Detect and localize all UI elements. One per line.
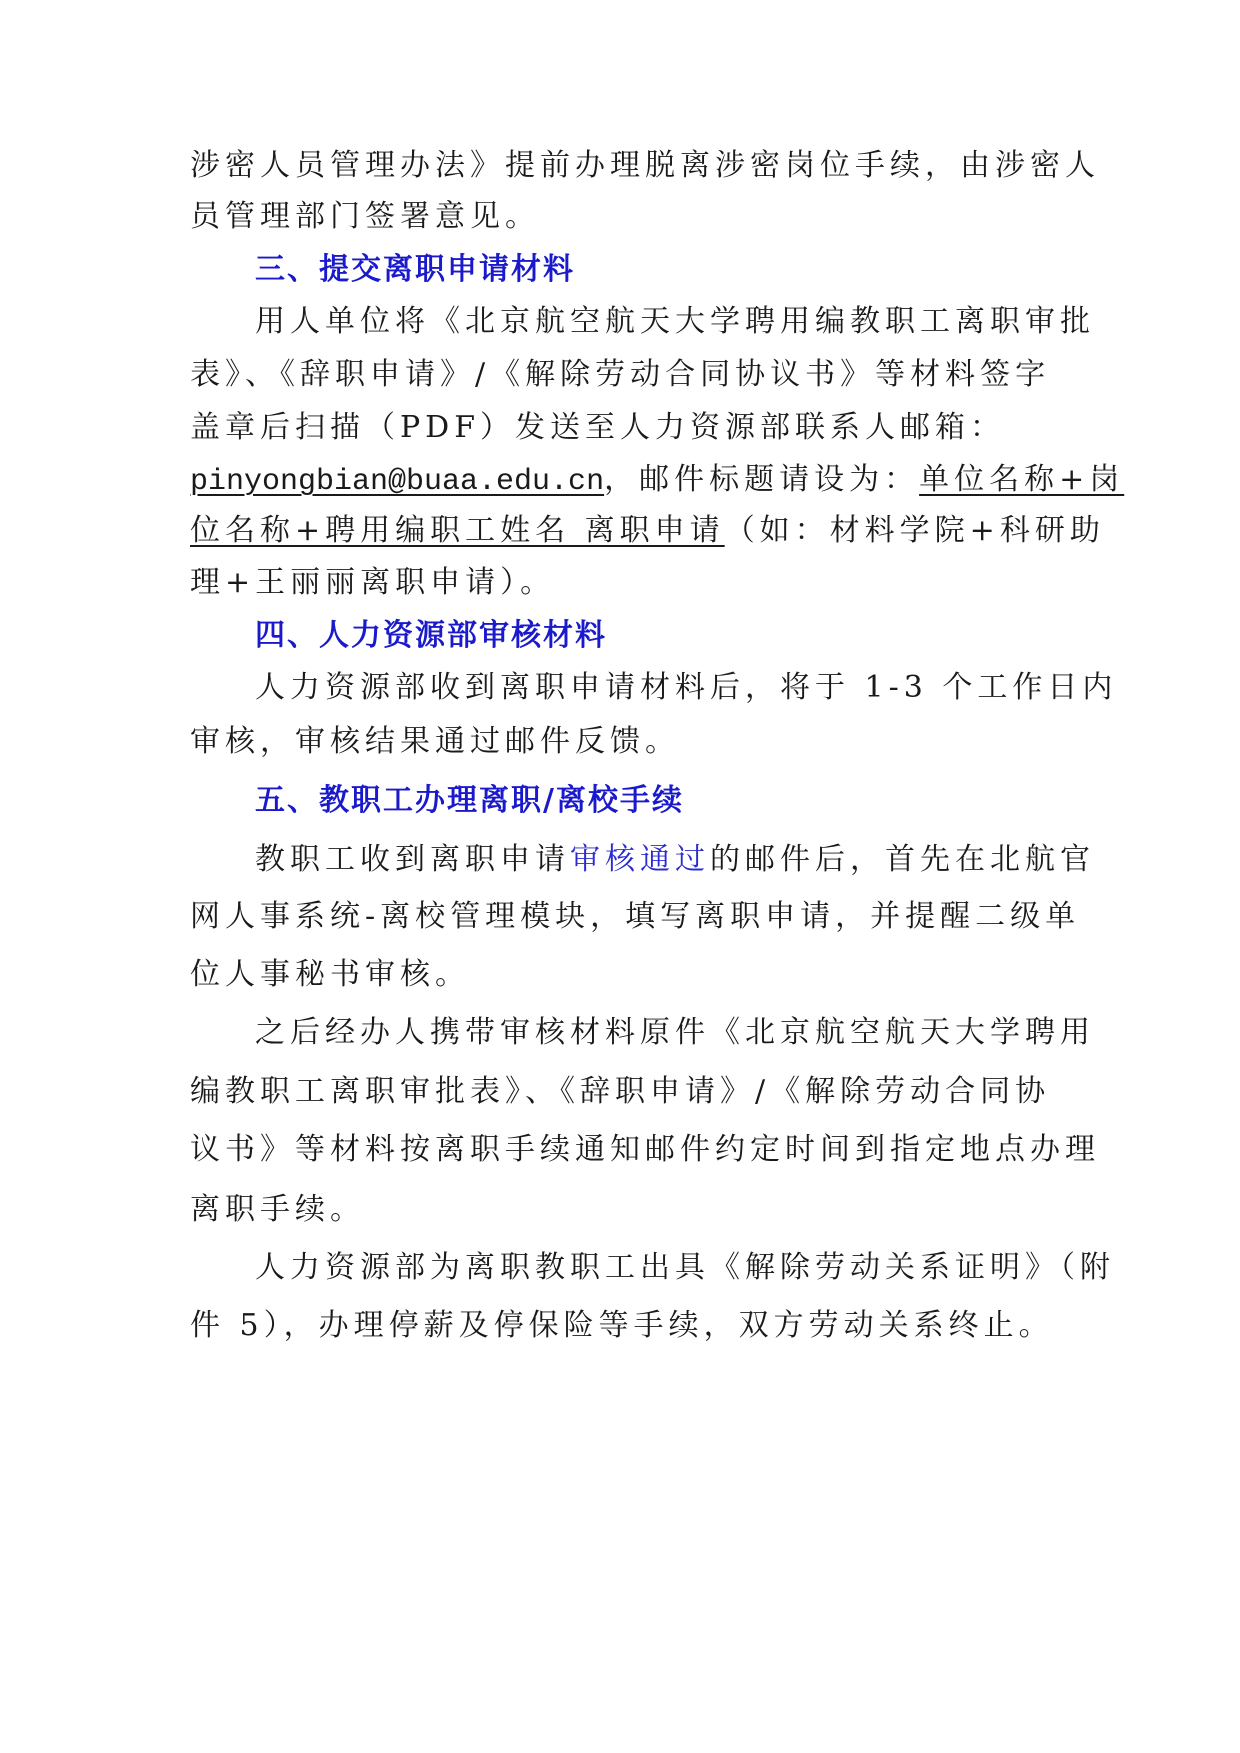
contact-email-link[interactable]: pinyongbian@buaa.edu.cn <box>190 465 604 499</box>
paragraph-line: 表》、《辞职申请》/《解除劳动合同协议书》等材料签字 <box>190 355 1050 395</box>
example-text: （如：材料学院+科研助 <box>725 513 1105 548</box>
section-heading-5: 五、教职工办理离职/离校手续 <box>255 781 684 821</box>
paragraph-line: 议书》等材料按离职手续通知邮件约定时间到指定地点办理 <box>190 1130 1100 1170</box>
paragraph-line: 涉密人员管理办法》提前办理脱离涉密岗位手续，由涉密人 <box>190 146 1100 186</box>
paragraph-line: 位名称+聘用编职工姓名 离职申请（如：材料学院+科研助 <box>190 511 1105 551</box>
paragraph-line: 理+王丽丽离职申请）。 <box>190 563 555 603</box>
paragraph-line: 离职手续。 <box>190 1190 365 1230</box>
paragraph-line: 审核，审核结果通过邮件反馈。 <box>190 722 680 762</box>
paragraph-line: 用人单位将《北京航空航天大学聘用编教职工离职审批 <box>255 302 1095 342</box>
email-subject-label: ，邮件标题请设为： <box>604 462 919 497</box>
email-subject-format: 单位名称+岗 <box>919 462 1124 497</box>
paragraph-line: pinyongbian@buaa.edu.cn，邮件标题请设为：单位名称+岗 <box>190 460 1124 502</box>
paragraph-line: 人力资源部收到离职申请材料后，将于 1-3 个工作日内 <box>255 668 1117 708</box>
paragraph-line: 件 5），办理停薪及停保险等手续，双方劳动关系终止。 <box>190 1306 1054 1346</box>
paragraph-line: 盖章后扫描（PDF）发送至人力资源部联系人邮箱： <box>190 408 1005 448</box>
paragraph-line: 编教职工离职审批表》、《辞职申请》/《解除劳动合同协 <box>190 1072 1050 1112</box>
paragraph-line: 之后经办人携带审核材料原件《北京航空航天大学聘用 <box>255 1013 1095 1053</box>
paragraph-line: 教职工收到离职申请审核通过的邮件后，首先在北航官 <box>255 840 1095 880</box>
text-run: 的邮件后，首先在北航官 <box>710 842 1095 877</box>
paragraph-line: 人力资源部为离职教职工出具《解除劳动关系证明》（附 <box>255 1248 1115 1288</box>
paragraph-line: 网人事系统-离校管理模块，填写离职申请，并提醒二级单 <box>190 897 1080 937</box>
text-run: 教职工收到离职申请 <box>255 842 570 877</box>
email-subject-format: 位名称+聘用编职工姓名 离职申请 <box>190 513 725 548</box>
paragraph-line: 员管理部门签署意见。 <box>190 197 540 237</box>
approved-highlight: 审核通过 <box>570 842 710 877</box>
paragraph-line: 位人事秘书审核。 <box>190 955 470 995</box>
section-heading-3: 三、提交离职申请材料 <box>255 250 575 290</box>
document-page: 涉密人员管理办法》提前办理脱离涉密岗位手续，由涉密人 员管理部门签署意见。 三、… <box>0 0 1240 1753</box>
section-heading-4: 四、人力资源部审核材料 <box>255 616 607 656</box>
